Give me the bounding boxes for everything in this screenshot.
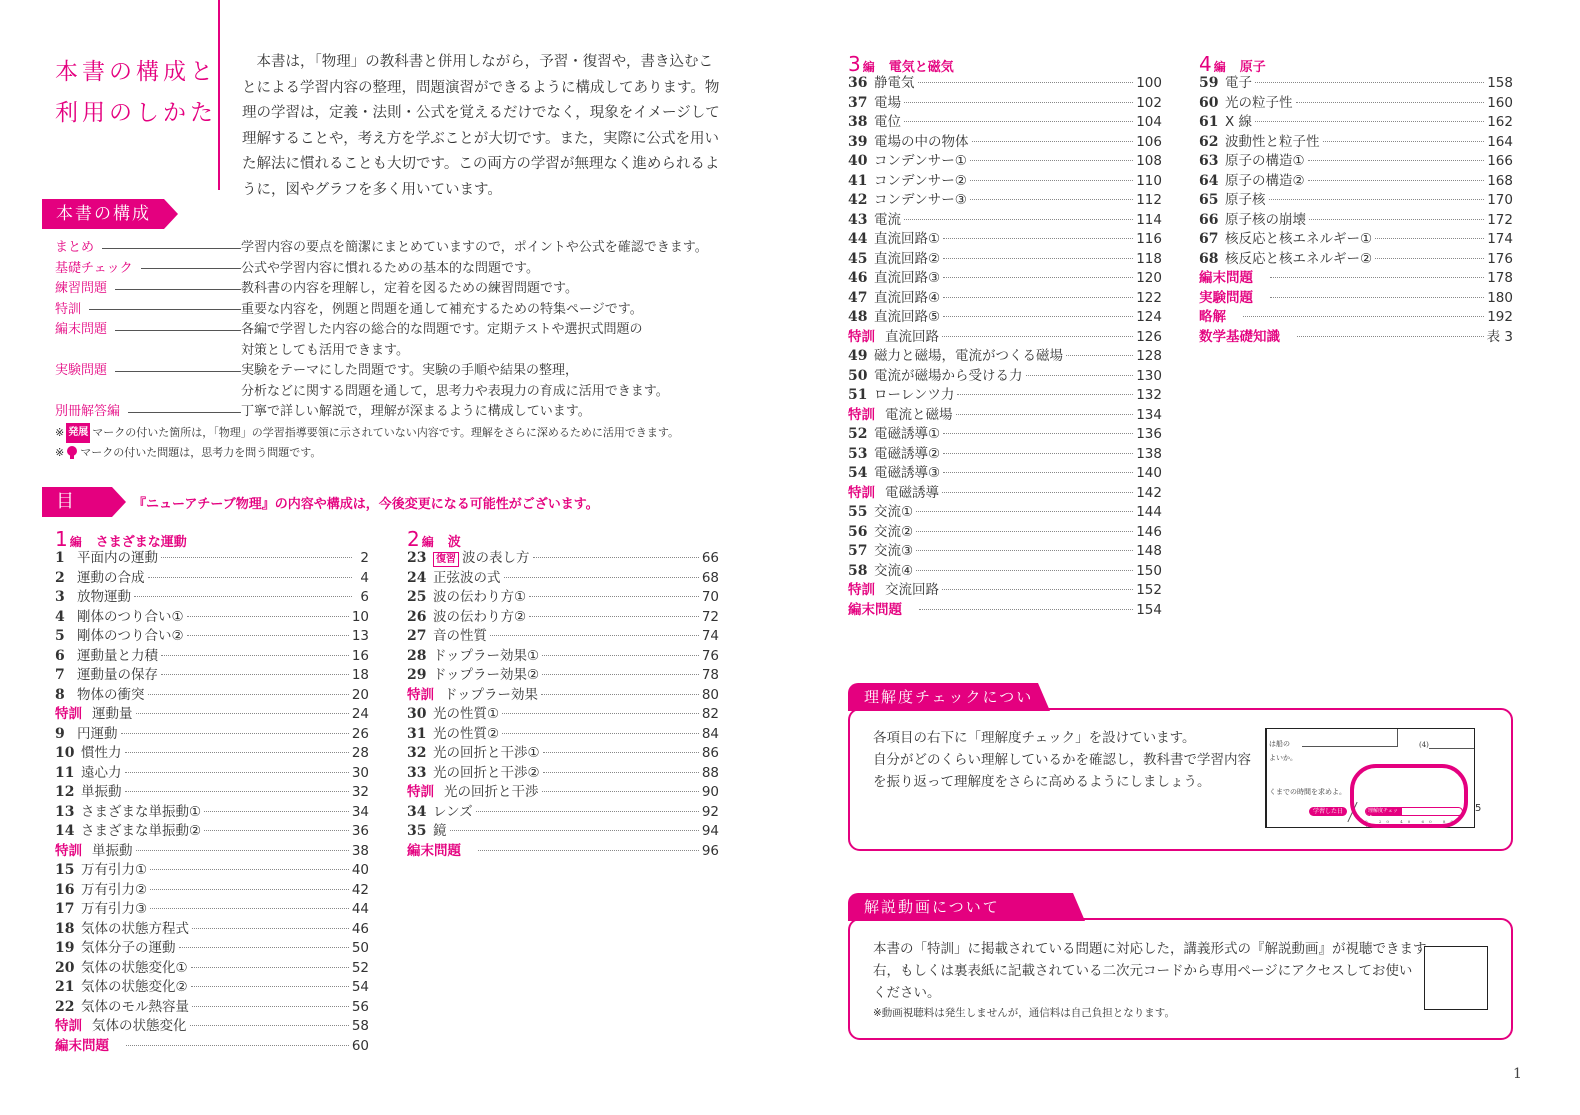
entry-page: 52 [352, 959, 369, 979]
entry-number: 14 [55, 822, 81, 842]
entry-number: 4 [55, 608, 77, 628]
entry-title: 電磁誘導 [885, 484, 939, 504]
entry-title: 直流回路② [874, 250, 940, 270]
entry-number: 3 [55, 588, 77, 608]
entry-title: 直流回路④ [874, 289, 940, 309]
entry-page: 140 [1136, 464, 1162, 484]
dot-leader [1255, 82, 1484, 83]
dot-leader [943, 258, 1133, 259]
toc-part-1: 1編さまざまな運動1平面内の運動22運動の合成43放物運動64剛体のつり合い①1… [55, 527, 369, 1056]
dot-leader [161, 655, 349, 656]
entry-number: 54 [848, 464, 874, 484]
part-name: 原子 [1240, 56, 1266, 75]
toc-entry[interactable]: 特訓運動量24 [55, 705, 369, 725]
check-line2: 自分がどのくらい理解しているかを確認し，教科書で学習内容 [873, 749, 1251, 771]
dot-leader [134, 596, 352, 597]
entry-title: 電位 [874, 113, 901, 133]
dot-leader [1066, 355, 1133, 356]
toc-entry[interactable]: 48直流回路⑤124 [848, 308, 1162, 328]
entry-number: 9 [55, 725, 77, 745]
part-number: 2 [407, 527, 420, 551]
special-training-tag: 特訓 [848, 328, 875, 348]
entry-page: 170 [1487, 191, 1513, 211]
entry-number: 38 [848, 113, 874, 133]
toc-entry[interactable]: 27音の性質74 [407, 627, 719, 647]
sample-text-2: よいか。 [1269, 753, 1297, 763]
toc-entry[interactable]: 略解192 [1199, 308, 1513, 328]
toc-entry[interactable]: 63原子の構造①166 [1199, 152, 1513, 172]
entry-title: 気体のモル熱容量 [81, 998, 189, 1018]
dot-leader [904, 121, 1133, 122]
dot-leader [1375, 238, 1484, 239]
entry-page: 24 [352, 705, 369, 725]
entry-page: 130 [1136, 367, 1162, 387]
toc-entry[interactable]: 54電磁誘導③140 [848, 464, 1162, 484]
part-heading: 2編波 [407, 527, 719, 549]
dot-leader [541, 694, 699, 695]
toc-entry[interactable]: 編末問題60 [55, 1037, 369, 1057]
leader-line [115, 371, 241, 372]
entry-page: 180 [1487, 289, 1513, 309]
special-training-tag: 特訓 [407, 686, 434, 706]
toc-entry[interactable]: 66原子核の崩壊172 [1199, 211, 1513, 231]
structure-term-label: 練習問題 [55, 279, 107, 300]
toc-entry[interactable]: 編末問題178 [1199, 269, 1513, 289]
toc-entry[interactable]: 60光の粒子性160 [1199, 94, 1513, 114]
toc-entry[interactable]: 8物体の衝突20 [55, 686, 369, 706]
entry-page: 192 [1487, 308, 1513, 328]
dot-leader [942, 336, 1133, 337]
entry-title: 剛体のつり合い② [77, 627, 184, 647]
entry-title: 運動量 [92, 705, 133, 725]
toc-entry[interactable]: 45直流回路②118 [848, 250, 1162, 270]
entry-title: 運動の合成 [77, 569, 145, 589]
entry-page: 74 [702, 627, 719, 647]
dot-leader [943, 238, 1133, 239]
entry-page: 60 [352, 1037, 369, 1057]
entry-page: 168 [1487, 172, 1513, 192]
special-training-tag: 特訓 [55, 705, 82, 725]
part-name: さまざまな運動 [96, 531, 187, 550]
structure-item-cont: 分析などに関する問題を通して，思考力や表現力の育成に活用できます。 [55, 382, 755, 403]
entry-number: 63 [1199, 152, 1225, 172]
toc-notice: 『ニューアチーブ物理』の内容や構成は，今後変更になる可能性がございます。 [133, 493, 599, 512]
entry-title: 直流回路① [874, 230, 940, 250]
toc-entry[interactable]: 33光の回折と干渉②88 [407, 764, 719, 784]
toc-entry[interactable]: 特訓電磁誘導142 [848, 484, 1162, 504]
section-label: 編末問題 [1199, 269, 1253, 289]
entry-page: 50 [352, 939, 369, 959]
toc-entry[interactable]: 4剛体のつり合い①10 [55, 608, 369, 628]
part-hen-label: 編 [70, 533, 82, 550]
review-badge: 復習 [433, 552, 459, 567]
entry-title: レンズ [433, 803, 473, 823]
toc-entry[interactable]: 47直流回路④122 [848, 289, 1162, 309]
dot-leader [187, 616, 349, 617]
entry-title: 光の性質① [433, 705, 499, 725]
structure-desc: 実験をテーマにした問題です。実験の手順や結果の整理， [241, 361, 755, 382]
entry-number: 50 [848, 367, 874, 387]
entry-page: 10 [352, 608, 369, 628]
toc-entry[interactable]: 数学基礎知識表 3 [1199, 328, 1513, 348]
entry-page: 92 [702, 803, 719, 823]
entry-number: 52 [848, 425, 874, 445]
structure-desc: 分析などに関する問題を通して，思考力や表現力の育成に活用できます。 [241, 382, 755, 403]
dot-leader [543, 772, 699, 773]
dot-leader [1255, 121, 1484, 122]
entry-page: 144 [1136, 503, 1162, 523]
toc-entry[interactable]: 特訓直流回路126 [848, 328, 1162, 348]
structure-item: 特訓重要な内容を，例題と問題を通して補充するための特集ページです。 [55, 300, 755, 321]
entry-title: ドップラー効果 [444, 686, 538, 706]
leader-line [115, 289, 241, 290]
entry-title: 電流と磁場 [885, 406, 953, 426]
toc-entry[interactable]: 57交流③148 [848, 542, 1162, 562]
dot-leader [1270, 297, 1484, 298]
toc-entry[interactable]: 51ローレンツ力132 [848, 386, 1162, 406]
entry-number: 51 [848, 386, 874, 406]
toc-entry[interactable]: 2運動の合成4 [55, 569, 369, 589]
toc-entry[interactable]: 編末問題96 [407, 842, 719, 862]
entry-title: 電流 [874, 211, 901, 231]
entry-number: 20 [55, 959, 81, 979]
comprehension-check-tab: 理解度チェックについて [848, 683, 1038, 711]
entry-number: 46 [848, 269, 874, 289]
entry-title: 交流① [874, 503, 913, 523]
dot-leader [533, 557, 699, 558]
toc-entry[interactable]: 14さまざまな単振動②36 [55, 822, 369, 842]
part-hen-label: 編 [422, 533, 434, 550]
toc-entry[interactable]: 実験問題180 [1199, 289, 1513, 309]
structure-heading: 本書の構成 [42, 199, 164, 229]
entry-page: 134 [1136, 406, 1162, 426]
structure-item: まとめ学習内容の要点を簡潔にまとめていますので，ポイントや公式を確認できます。 [55, 238, 755, 259]
entry-page: 124 [1136, 308, 1162, 328]
dot-leader [1026, 375, 1134, 376]
toc-entry[interactable]: 17万有引力③44 [55, 900, 369, 920]
entry-page: 90 [702, 783, 719, 803]
entry-page: 146 [1136, 523, 1162, 543]
entry-number: 11 [55, 764, 81, 784]
entry-page: 76 [702, 647, 719, 667]
section-label: 編末問題 [55, 1037, 109, 1057]
dot-leader [904, 102, 1133, 103]
dot-leader [148, 577, 353, 578]
entry-title: 光の回折と干渉② [433, 764, 540, 784]
toc-entry[interactable]: 7運動量の保存18 [55, 666, 369, 686]
page-number: 1 [1513, 1066, 1522, 1082]
part-number: 1 [55, 527, 68, 551]
toc-entry[interactable]: 35鏡94 [407, 822, 719, 842]
entry-page: 172 [1487, 211, 1513, 231]
toc-entry[interactable]: 9円運動26 [55, 725, 369, 745]
entry-number: 61 [1199, 113, 1225, 133]
entry-page: 82 [702, 705, 719, 725]
toc-entry[interactable]: 67核反応と核エネルギー①174 [1199, 230, 1513, 250]
toc-entry[interactable]: 46直流回路③120 [848, 269, 1162, 289]
dot-leader [150, 869, 349, 870]
toc-entry[interactable]: 43電流114 [848, 211, 1162, 231]
part-heading: 3編電気と磁気 [848, 52, 1162, 74]
toc-entry[interactable]: 5剛体のつり合い②13 [55, 627, 369, 647]
toc-entry[interactable]: 10慣性力28 [55, 744, 369, 764]
structure-term-label: 実験問題 [55, 361, 107, 382]
toc-entry[interactable]: 特訓気体の状態変化58 [55, 1017, 369, 1037]
entry-title: 波の表し方 [462, 549, 530, 569]
entry-number: 12 [55, 783, 81, 803]
dot-leader [916, 531, 1133, 532]
entry-title: 交流④ [874, 562, 913, 582]
entry-number: 19 [55, 939, 81, 959]
entry-page: 68 [702, 569, 719, 589]
sample-answer-line [1429, 748, 1475, 749]
entry-title: 光の回折と干渉 [444, 783, 539, 803]
entry-number: 64 [1199, 172, 1225, 192]
toc-entry[interactable]: 62波動性と粒子性164 [1199, 133, 1513, 153]
qr-code-placeholder[interactable] [1424, 946, 1488, 1010]
dot-leader [125, 772, 349, 773]
toc-entry[interactable]: 24正弦波の式68 [407, 569, 719, 589]
entry-title: 気体の状態変化① [81, 959, 188, 979]
entry-title: 万有引力③ [81, 900, 147, 920]
sample-text-1: は船の [1269, 739, 1290, 749]
structure-term: 特訓 [55, 300, 241, 321]
toc-entry[interactable]: 6運動量と力積16 [55, 647, 369, 667]
entry-page: 164 [1487, 133, 1513, 153]
entry-number: 43 [848, 211, 874, 231]
entry-title: 円運動 [77, 725, 118, 745]
part-hen-label: 編 [1214, 58, 1226, 75]
entry-number: 31 [407, 725, 433, 745]
toc-entry[interactable]: 37電場102 [848, 94, 1162, 114]
entry-page: 114 [1136, 211, 1162, 231]
title-divider [218, 0, 220, 190]
toc-entry[interactable]: 64原子の構造②168 [1199, 172, 1513, 192]
structure-desc: 各編で学習した内容の総合的な問題です。定期テストや選択式問題の [241, 320, 755, 341]
entry-title: 万有引力① [81, 861, 147, 881]
structure-term: 編末問題 [55, 320, 241, 341]
toc-entry[interactable]: 1平面内の運動2 [55, 549, 369, 569]
entry-number: 33 [407, 764, 433, 784]
studied-date-badge: 学習した日 [1309, 807, 1347, 816]
note-advanced: ※発展マークの付いた箇所は，「物理」の学習指導要領に示されていない内容です。理解… [55, 423, 755, 443]
entry-title: 波動性と粒子性 [1225, 133, 1320, 153]
entry-title: 波の伝わり方② [433, 608, 526, 628]
part-number: 3 [848, 52, 861, 76]
toc-entry[interactable]: 42コンデンサー③112 [848, 191, 1162, 211]
toc-entry[interactable]: 31光の性質②84 [407, 725, 719, 745]
dot-leader [192, 1006, 349, 1007]
entry-page: 36 [352, 822, 369, 842]
section-label: 編末問題 [848, 601, 902, 621]
entry-page: 106 [1136, 133, 1162, 153]
entry-number: 48 [848, 308, 874, 328]
entry-page: 142 [1136, 484, 1162, 504]
toc-entry[interactable]: 特訓単振動38 [55, 842, 369, 862]
entry-page: 162 [1487, 113, 1513, 133]
entry-number: 16 [55, 881, 81, 901]
entry-number: 49 [848, 347, 874, 367]
entry-page: 94 [702, 822, 719, 842]
toc-entry[interactable]: 39電場の中の物体106 [848, 133, 1162, 153]
structure-item: 編末問題各編で学習した内容の総合的な問題です。定期テストや選択式問題の [55, 320, 755, 341]
entry-page: 78 [702, 666, 719, 686]
structure-term: まとめ [55, 238, 241, 259]
toc-entry[interactable]: 36静電気100 [848, 74, 1162, 94]
entry-number: 68 [1199, 250, 1225, 270]
dot-leader [1309, 219, 1484, 220]
check-line1: 各項目の右下に「理解度チェック」を設けています。 [873, 727, 1251, 749]
toc-entry[interactable]: 34レンズ92 [407, 803, 719, 823]
toc-entry[interactable]: 61X 線162 [1199, 113, 1513, 133]
dot-leader [1308, 180, 1485, 181]
structure-term-label: まとめ [55, 238, 94, 259]
entry-title: 慣性力 [81, 744, 122, 764]
entry-title: 気体の状態方程式 [81, 920, 189, 940]
part-heading: 4編原子 [1199, 52, 1513, 74]
toc-entry[interactable]: 21気体の状態変化②54 [55, 978, 369, 998]
entry-title: 光の性質② [433, 725, 499, 745]
entry-title: 原子の構造② [1225, 172, 1305, 192]
leader-line [89, 309, 241, 310]
toc-entry[interactable]: 20気体の状態変化①52 [55, 959, 369, 979]
special-training-tag: 特訓 [848, 484, 875, 504]
note-prefix: ※ [55, 423, 64, 443]
toc-entry[interactable]: 55交流①144 [848, 503, 1162, 523]
toc-entry[interactable]: 18気体の状態方程式46 [55, 920, 369, 940]
toc-entry[interactable]: 40コンデンサー①108 [848, 152, 1162, 172]
section-label: 数学基礎知識 [1199, 328, 1280, 348]
entry-title: 電磁誘導③ [874, 464, 940, 484]
entry-page: 178 [1487, 269, 1513, 289]
toc-entry[interactable]: 50電流が磁場から受ける力130 [848, 367, 1162, 387]
sample-diagram-line [1302, 746, 1397, 747]
toc-entry[interactable]: 編末問題154 [848, 601, 1162, 621]
dot-leader [942, 492, 1133, 493]
toc-entry[interactable]: 32光の回折と干渉①86 [407, 744, 719, 764]
entry-page: 102 [1136, 94, 1162, 114]
entry-page: 18 [352, 666, 369, 686]
toc-entry[interactable]: 3放物運動6 [55, 588, 369, 608]
entry-number: 66 [1199, 211, 1225, 231]
entry-page: 20 [352, 686, 369, 706]
entry-title: ドップラー効果① [433, 647, 539, 667]
dot-leader [476, 811, 699, 812]
toc-entry[interactable]: 41コンデンサー②110 [848, 172, 1162, 192]
toc-entry[interactable]: 特訓交流回路152 [848, 581, 1162, 601]
entry-page: 54 [352, 978, 369, 998]
toc-entry[interactable]: 23復習波の表し方66 [407, 549, 719, 569]
entry-page: 4 [355, 569, 369, 589]
entry-page: 150 [1136, 562, 1162, 582]
page-title-line2: 利用のしかた [55, 93, 217, 134]
special-training-tag: 特訓 [848, 406, 875, 426]
toc-entry[interactable]: 特訓ドップラー効果80 [407, 686, 719, 706]
toc-entry[interactable]: 53電磁誘導②138 [848, 445, 1162, 465]
leader-line [128, 412, 241, 413]
toc-entry[interactable]: 11遠心力30 [55, 764, 369, 784]
toc-part-2: 2編波23復習波の表し方6624正弦波の式6825波の伝わり方①7026波の伝わ… [407, 527, 719, 861]
toc-entry[interactable]: 59電子158 [1199, 74, 1513, 94]
toc-entry[interactable]: 特訓電流と磁場134 [848, 406, 1162, 426]
entry-page: 118 [1136, 250, 1162, 270]
dot-leader [943, 297, 1133, 298]
intro-text: 本書は，「物理」の教科書と併用しながら，予習・復習や，書き込むことによる学習内容… [242, 50, 722, 203]
structure-term-spacer [55, 382, 241, 403]
video-line2: 右，もしくは裏表紙に記載されている二次元コードから専用ページにアクセスしてお使い [873, 960, 1418, 982]
toc-entry[interactable]: 56交流②146 [848, 523, 1162, 543]
note-thinking: ※マークの付いた問題は，思考力を問う問題です。 [55, 443, 755, 463]
structure-item: 基礎チェック公式や学習内容に慣れるための基本的な問題です。 [55, 259, 755, 280]
toc-entry[interactable]: 52電磁誘導①136 [848, 425, 1162, 445]
toc-entry[interactable]: 15万有引力①40 [55, 861, 369, 881]
entry-page: 126 [1136, 328, 1162, 348]
toc-entry[interactable]: 12単振動32 [55, 783, 369, 803]
dot-leader [970, 180, 1133, 181]
toc-entry[interactable]: 38電位104 [848, 113, 1162, 133]
dot-leader [204, 811, 349, 812]
toc-entry[interactable]: 25波の伝わり方①70 [407, 588, 719, 608]
dot-leader [957, 394, 1133, 395]
entry-page: 176 [1487, 250, 1513, 270]
entry-page: 152 [1136, 581, 1162, 601]
entry-page: 56 [352, 998, 369, 1018]
entry-number: 60 [1199, 94, 1225, 114]
toc-heading: 目 次 [42, 487, 112, 517]
entry-number: 58 [848, 562, 874, 582]
dot-leader [204, 830, 349, 831]
toc-entry[interactable]: 65原子核170 [1199, 191, 1513, 211]
entry-number: 40 [848, 152, 874, 172]
dot-leader [543, 752, 699, 753]
entry-number: 8 [55, 686, 77, 706]
toc-entry[interactable]: 26波の伝わり方②72 [407, 608, 719, 628]
special-training-tag: 特訓 [55, 842, 82, 862]
toc-entry[interactable]: 28ドップラー効果①76 [407, 647, 719, 667]
toc-entry[interactable]: 特訓光の回折と干渉90 [407, 783, 719, 803]
entry-number: 6 [55, 647, 77, 667]
toc-entry[interactable]: 44直流回路①116 [848, 230, 1162, 250]
entry-page: 42 [352, 881, 369, 901]
toc-entry[interactable]: 58交流④150 [848, 562, 1162, 582]
toc-entry[interactable]: 22気体のモル熱容量56 [55, 998, 369, 1018]
toc-entry[interactable]: 19気体分子の運動50 [55, 939, 369, 959]
entry-title: X 線 [1225, 113, 1252, 133]
comprehension-check-text: 各項目の右下に「理解度チェック」を設けています。 自分がどのくらい理解しているか… [873, 727, 1251, 793]
dot-leader [190, 1025, 349, 1026]
toc-entry[interactable]: 49磁力と磁場，電流がつくる磁場128 [848, 347, 1162, 367]
dot-leader [529, 616, 699, 617]
part-hen-label: 編 [863, 58, 875, 75]
entry-number: 1 [55, 549, 77, 569]
part-name: 電気と磁気 [889, 56, 954, 75]
dot-leader [970, 199, 1133, 200]
dot-leader [943, 472, 1133, 473]
dot-leader [478, 850, 699, 851]
toc-entry[interactable]: 30光の性質①82 [407, 705, 719, 725]
toc-entry[interactable]: 68核反応と核エネルギー②176 [1199, 250, 1513, 270]
toc-entry[interactable]: 16万有引力②42 [55, 881, 369, 901]
entry-page: 38 [352, 842, 369, 862]
entry-title: 遠心力 [81, 764, 122, 784]
toc-entry[interactable]: 13さまざまな単振動①34 [55, 803, 369, 823]
entry-page: 13 [352, 627, 369, 647]
lightbulb-icon [67, 446, 77, 459]
entry-page: 96 [702, 842, 719, 862]
video-explanation-text: 本書の「特訓」に掲載されている問題に対応した，講義形式の『解説動画』が視聴できま… [873, 938, 1418, 1022]
toc-entry[interactable]: 29ドップラー効果②78 [407, 666, 719, 686]
entry-page: 158 [1487, 74, 1513, 94]
